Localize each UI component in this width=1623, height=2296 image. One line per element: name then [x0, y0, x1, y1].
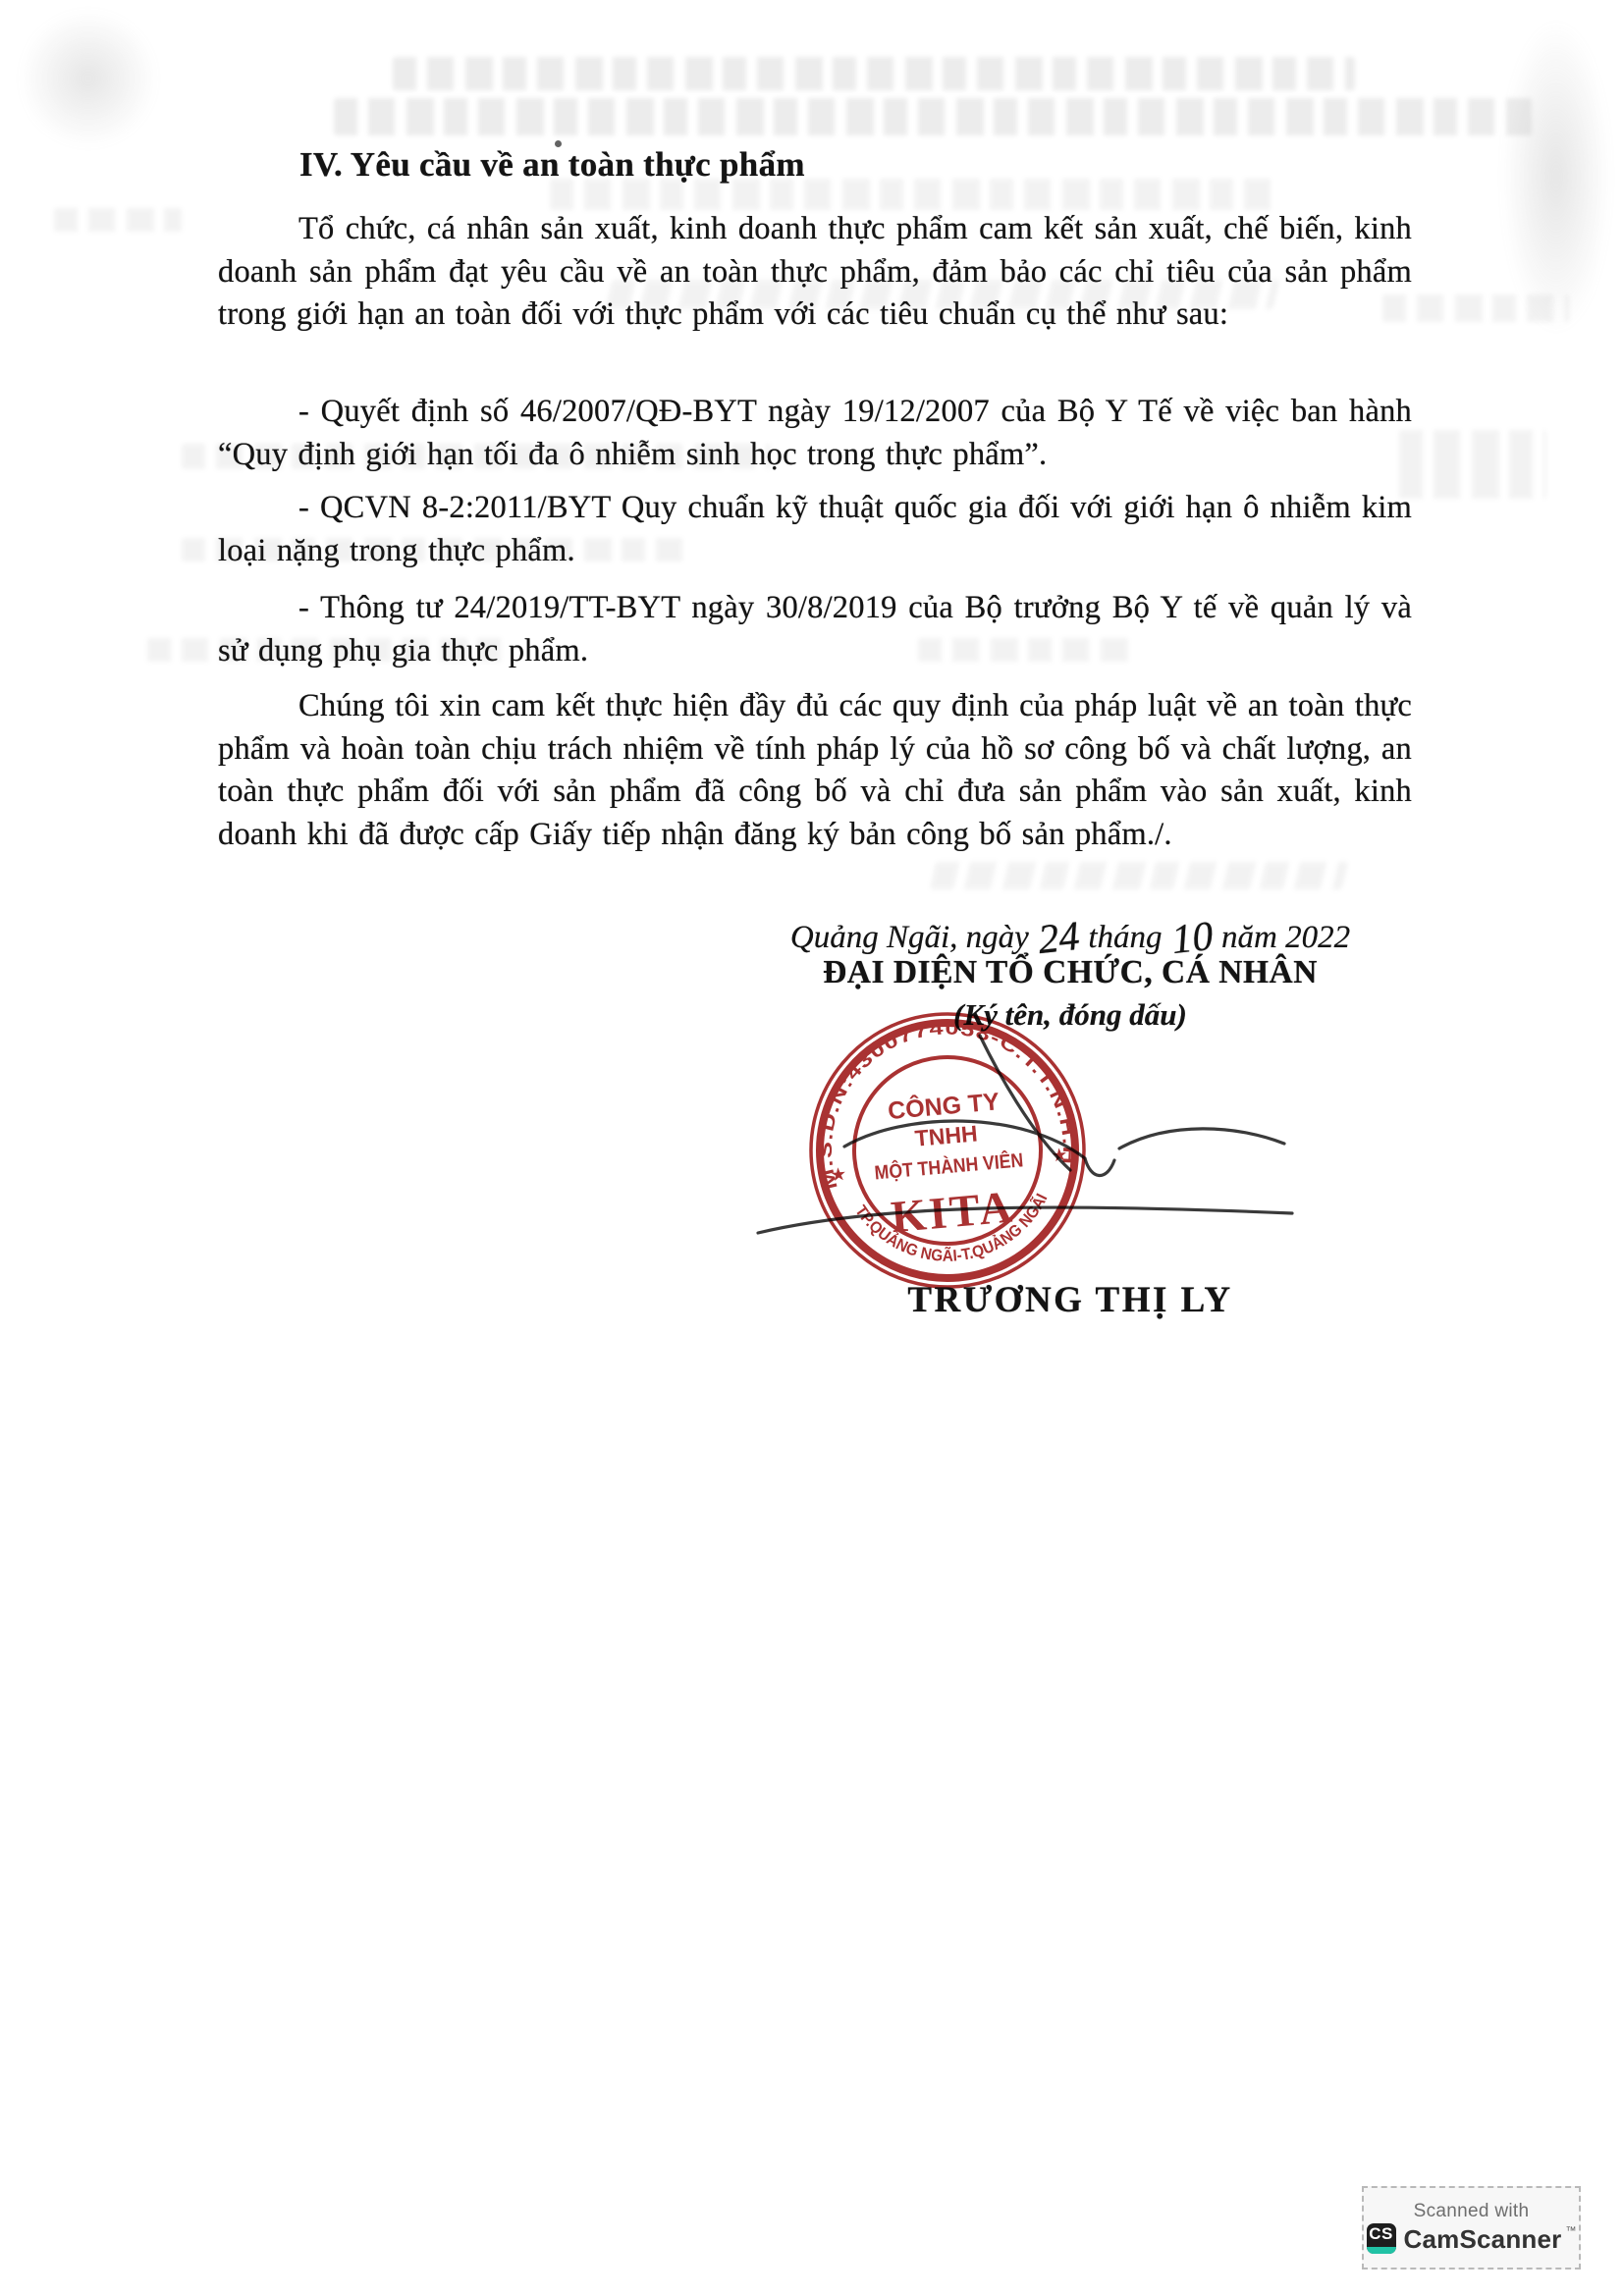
signature-stroke: [758, 1207, 1292, 1233]
bleed-through-artifact: [1399, 430, 1546, 499]
camscanner-logo-accent: [1367, 2247, 1396, 2254]
bleed-through-artifact: [393, 57, 1355, 90]
handwritten-signature: [746, 1011, 1316, 1266]
regulation-item-1: - Quyết định số 46/2007/QĐ-BYT ngày 19/1…: [218, 391, 1412, 476]
commitment-paragraph: Chúng tôi xin cam kết thực hiện đầy đủ c…: [218, 685, 1412, 856]
camscanner-app-name: CamScanner: [1404, 2226, 1562, 2252]
bleed-through-artifact: [54, 208, 182, 232]
scan-smudge: [1502, 20, 1610, 334]
camscanner-watermark: Scanned with CS CamScanner ™: [1362, 2186, 1581, 2269]
camscanner-logo-icon: CS: [1367, 2223, 1396, 2254]
representative-title: ĐẠI DIỆN TỔ CHỨC, CÁ NHÂN: [727, 954, 1414, 991]
bleed-through-artifact: [334, 98, 1532, 135]
intro-paragraph: Tổ chức, cá nhân sản xuất, kinh doanh th…: [218, 208, 1412, 337]
trademark-symbol: ™: [1565, 2225, 1576, 2237]
regulation-item-2: - QCVN 8-2:2011/BYT Quy chuẩn kỹ thuật q…: [218, 487, 1412, 572]
signature-stroke: [844, 1121, 1114, 1175]
month-label: tháng: [1088, 920, 1162, 955]
camscanner-logo-letters: CS: [1369, 2223, 1393, 2245]
watermark-caption: Scanned with: [1414, 2202, 1530, 2220]
section-title: IV. Yêu cầu về an toàn thực phẩm: [299, 145, 805, 185]
date-line: Quảng Ngãi, ngày 24 tháng 10 năm 2022: [727, 911, 1414, 958]
regulation-item-3: - Thông tư 24/2019/TT-BYT ngày 30/8/2019…: [218, 587, 1412, 672]
signature-stroke: [980, 1036, 1070, 1170]
date-prefix: Quảng Ngãi, ngày: [790, 920, 1029, 955]
signature-stroke: [1119, 1129, 1284, 1148]
year-label: năm 2022: [1221, 920, 1350, 955]
bleed-through-artifact: [930, 862, 1348, 889]
scan-smudge: [20, 10, 157, 147]
scanned-document-page: IV. Yêu cầu về an toàn thực phẩm Tổ chức…: [0, 0, 1623, 2296]
